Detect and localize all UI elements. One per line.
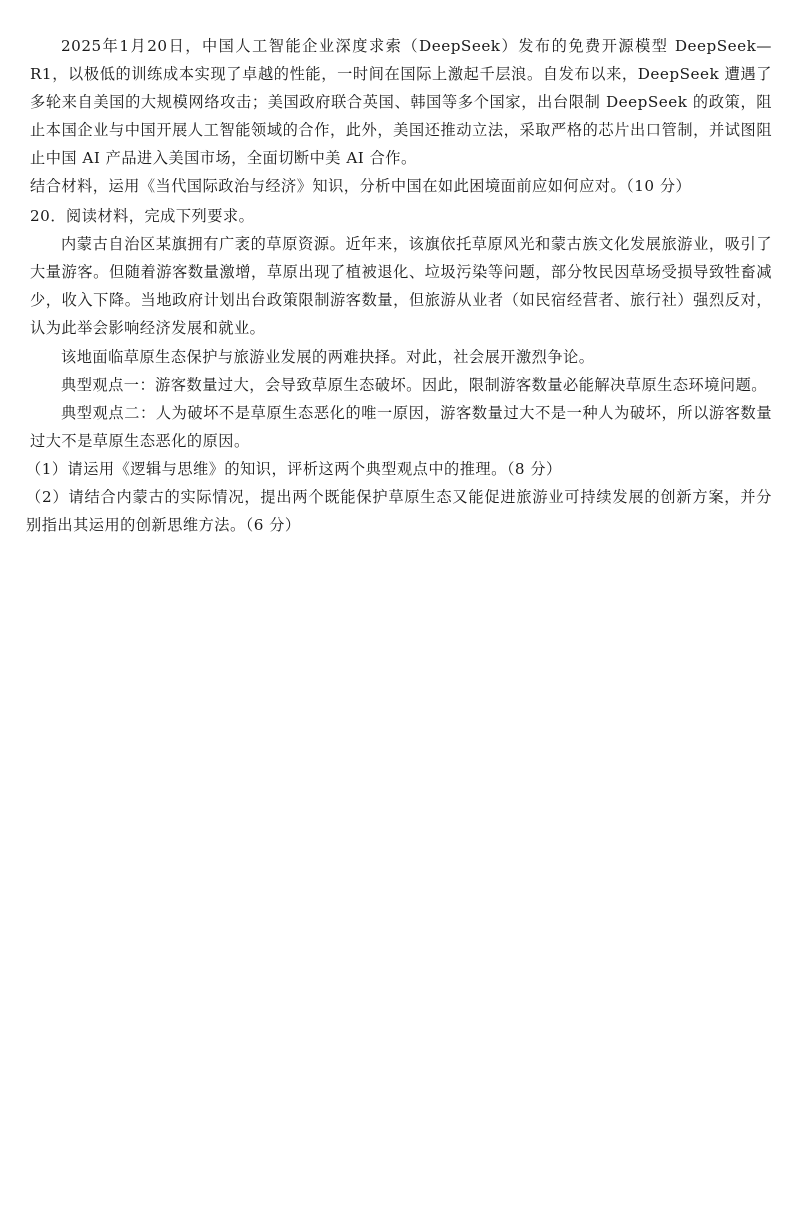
exam-page: 2025年1月20日，中国人工智能企业深度求索（DeepSeek）发布的免费开源…	[30, 32, 772, 539]
question-20: 20．阅读材料，完成下列要求。 内蒙古自治区某旗拥有广袤的草原资源。近年来，该旗…	[30, 202, 772, 539]
q20-material-paragraph-1: 内蒙古自治区某旗拥有广袤的草原资源。近年来，该旗依托草原风光和蒙古族文化发展旅游…	[30, 230, 772, 342]
q20-material-paragraph-2: 该地面临草原生态保护与旅游业发展的两难抉择。对此，社会展开激烈争论。	[30, 343, 772, 371]
q19-prompt: 结合材料，运用《当代国际政治与经济》知识，分析中国在如此困境面前应如何应对。（1…	[30, 172, 772, 200]
q20-sub-question-1: （1）请运用《逻辑与思维》的知识，评析这两个典型观点中的推理。（8 分）	[26, 455, 772, 483]
q20-viewpoint-1: 典型观点一：游客数量过大，会导致草原生态破坏。因此，限制游客数量必能解决草原生态…	[30, 371, 772, 399]
q20-sub-question-2: （2）请结合内蒙古的实际情况，提出两个既能保护草原生态又能促进旅游业可持续发展的…	[26, 483, 772, 539]
q20-viewpoint-2: 典型观点二：人为破坏不是草原生态恶化的唯一原因，游客数量过大不是一种人为破坏，所…	[30, 399, 772, 455]
q19-material-paragraph: 2025年1月20日，中国人工智能企业深度求索（DeepSeek）发布的免费开源…	[30, 32, 772, 172]
q20-heading: 20．阅读材料，完成下列要求。	[30, 202, 772, 230]
